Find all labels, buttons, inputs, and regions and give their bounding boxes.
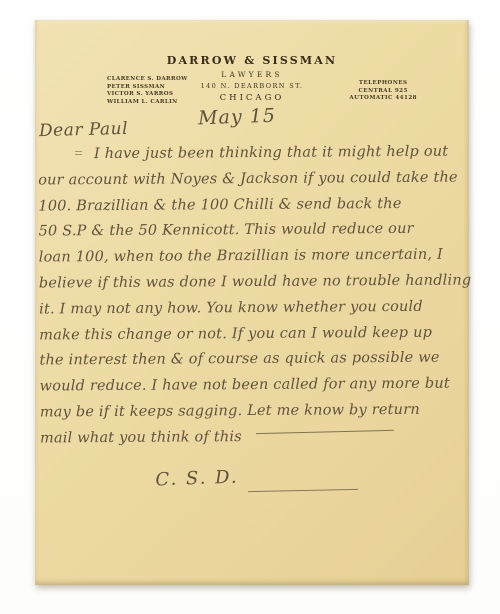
firm-city: CHICAGO — [167, 93, 338, 103]
body-line: 50 S.P & the 50 Kennicott. This would re… — [38, 217, 462, 246]
signature-underline — [248, 489, 358, 492]
body-line: it. I may not any how. You know whether … — [39, 294, 463, 323]
firm-name: DARROW & SISSMAN — [167, 54, 338, 67]
body-line: may be if it keeps sagging. Let me know … — [40, 397, 464, 426]
firm-address: 140 N. DEARBORN ST. — [167, 82, 338, 90]
body-line: believe if this was done I would have no… — [39, 269, 463, 298]
letter-paper: CLARENCE S. DARROW PETER SISSMAN VICTOR … — [35, 20, 469, 585]
body-line: the interest then & of course as quick a… — [39, 346, 463, 375]
telephones-label: TELEPHONES — [349, 80, 417, 88]
body-line: would reduce. I have not been called for… — [40, 372, 464, 401]
body-line-text: mail what you think of this — [40, 429, 242, 446]
body-line: loan 100, when too the Brazillian is mor… — [39, 243, 463, 272]
body-line: 100. Brazillian & the 100 Chilli & send … — [38, 191, 462, 220]
body-line: make this change or not. If you can I wo… — [39, 320, 463, 349]
firm-block: DARROW & SISSMAN LAWYERS 140 N. DEARBORN… — [167, 54, 338, 103]
flourish-line — [256, 430, 394, 434]
letter-body: I have just been thinking that it might … — [38, 140, 464, 453]
telephone-line: CENTRAL 925 — [349, 88, 417, 96]
body-line: mail what you think of this — [40, 423, 464, 452]
body-line: I have just been thinking that it might … — [38, 140, 462, 169]
salutation: Dear Paul — [39, 119, 129, 141]
firm-subtitle: LAWYERS — [167, 70, 338, 79]
body-line: our account with Noyes & Jackson if you … — [38, 165, 462, 194]
scanned-letter: CLARENCE S. DARROW PETER SISSMAN VICTOR … — [0, 0, 500, 614]
